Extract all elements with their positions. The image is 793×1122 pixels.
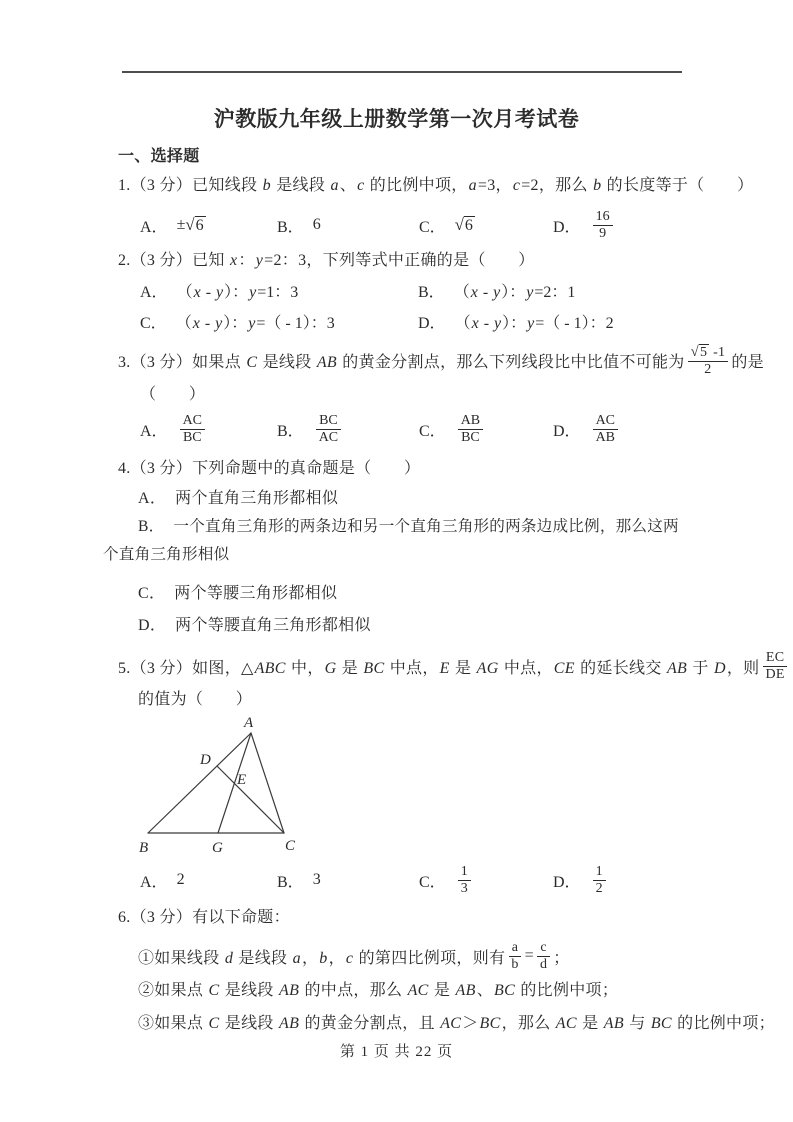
triangle-side-ba [148, 733, 251, 833]
figure-label-c: C [285, 838, 296, 854]
question-1-option-c: C．√6 [419, 203, 475, 247]
question-3-options: A．ACBC B．BCAC C．ABBC D．ACAB [0, 409, 793, 449]
figure-label-a: A [243, 715, 254, 731]
question-2-options-row-1: A．（x - y）：y=1：3 B．（x - y）：y=2：1 [0, 278, 793, 302]
question-3-option-d: D．ACAB [553, 409, 621, 449]
page-footer: 第 1 页 共 22 页 [0, 1040, 793, 1061]
question-5-option-b: B．3 [277, 858, 321, 902]
question-4-stem: 4.（3 分）下列命题中的真命题是（ ） [118, 459, 420, 479]
question-1-option-b: B．6 [277, 203, 321, 247]
fraction: 169 [593, 209, 613, 242]
fraction: ABBC [458, 413, 483, 446]
question-3-paren: （ ） [140, 385, 205, 405]
exam-page: 沪教版九年级上册数学第一次月考试卷 一、选择题 1.（3 分）已知线段 b 是线… [0, 0, 793, 1122]
question-4-option-c: C．两个等腰三角形都相似 [138, 584, 337, 604]
question-4-option-d: D．两个等腰直角三角形都相似 [138, 616, 371, 636]
question-3-stem: 3.（3 分）如果点 C 是线段 AB 的黄金分割点，那么下列线段比中比值不可能… [118, 338, 764, 383]
question-5-stem: 5.（3 分）如图，△ABC 中，G 是 BC 中点，E 是 AG 中点，CE … [118, 645, 791, 687]
question-6-item-3: ③如果点 C 是线段 AB 的黄金分割点，且 AC＞BC，那么 AC 是 AB … [138, 1014, 775, 1034]
question-3-option-a: A．ACBC [140, 409, 208, 449]
question-2-options-row-2: C．（x - y）：y=（ - 1）：3 D．（x - y）：y=（ - 1）：… [0, 309, 793, 333]
ec-de-fraction: ECDE [762, 650, 787, 683]
fraction: ACBC [180, 413, 205, 446]
question-6-stem: 6.（3 分）有以下命题： [118, 908, 290, 928]
sqrt-expression: √5 [691, 345, 710, 360]
figure-label-b: B [139, 840, 148, 856]
exam-title: 沪教版九年级上册数学第一次月考试卷 [0, 103, 793, 133]
question-5-options: A．2 B．3 C．13 D．12 [0, 858, 793, 902]
question-2-stem: 2.（3 分）已知 x：y=2：3，下列等式中正确的是（ ） [118, 251, 535, 271]
section-heading: 一、选择题 [118, 147, 200, 167]
question-1-stem: 1.（3 分）已知线段 b 是线段 a、c 的比例中项，a=3，c=2，那么 b… [118, 176, 753, 196]
triangle-side-ac [251, 733, 284, 833]
question-4-option-b: B．一个直角三角形的两条边和另一个直角三角形的两条边成比例，那么这两个直角三角形… [103, 513, 688, 568]
question-5-option-d: D．12 [553, 858, 609, 902]
fraction: 13 [458, 864, 471, 897]
question-3-option-c: C．ABBC [419, 409, 486, 449]
fraction: ACAB [593, 413, 618, 446]
figure-label-e: E [236, 772, 246, 788]
question-4-option-a: A．两个直角三角形都相似 [138, 489, 338, 509]
figure-label-g: G [212, 840, 223, 856]
golden-ratio-fraction: √5 -1 2 [688, 344, 729, 378]
question-5-stem-tail: 的值为（ ） [138, 690, 252, 710]
question-2-option-d: D．（x - y）：y=（ - 1）：2 [418, 309, 614, 333]
question-5-option-c: C．13 [419, 858, 474, 902]
figure-label-d: D [199, 752, 211, 768]
fraction-a-b: ab [508, 940, 521, 973]
question-2-option-c: C．（x - y）：y=（ - 1）：3 [140, 309, 335, 333]
question-6-item-2: ②如果点 C 是线段 AB 的中点，那么 AC 是 AB、BC 的比例中项； [138, 981, 618, 1001]
question-1-option-a: A．±√6 [140, 203, 206, 247]
cevian-cd [217, 766, 284, 833]
question-2-option-a: A．（x - y）：y=1：3 [140, 278, 298, 302]
equals-sign: = [525, 947, 534, 965]
question-6-item-1: ①如果线段 d 是线段 a，b，c 的第四比例项，则有 ab = cd ； [138, 936, 570, 976]
sqrt-expression: √6 [185, 215, 205, 235]
fraction-c-d: cd [537, 940, 550, 973]
question-5-option-a: A．2 [140, 858, 185, 902]
question-5-triangle-figure: A B C D E G [133, 708, 308, 860]
header-rule [122, 71, 682, 73]
plus-minus-sign: ± [177, 216, 186, 234]
fraction: BCAC [316, 413, 341, 446]
fraction: 12 [593, 864, 606, 897]
question-3-option-b: B．BCAC [277, 409, 344, 449]
sqrt-expression: √6 [455, 215, 475, 235]
question-2-option-b: B．（x - y）：y=2：1 [418, 278, 575, 302]
question-1-option-d: D．169 [553, 203, 616, 247]
question-1-options: A．±√6 B．6 C．√6 D．169 [0, 203, 793, 247]
